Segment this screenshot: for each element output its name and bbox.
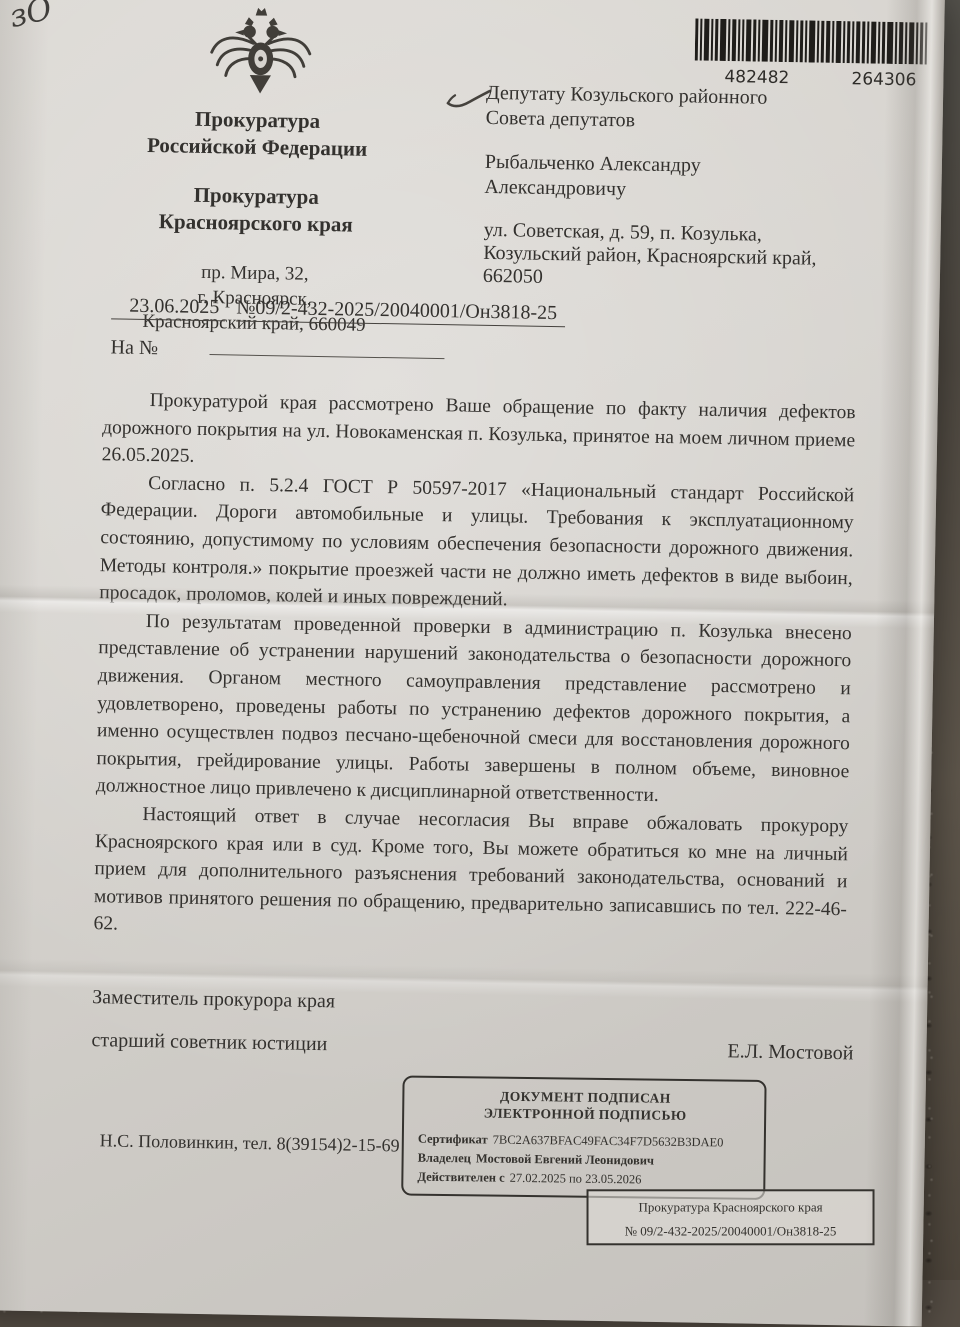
paragraph-4: Настоящий ответ в случае несогласия Вы в…	[93, 800, 848, 951]
esign-title-line2: ЭЛЕКТРОННОЙ ПОДПИСЬЮ	[418, 1104, 752, 1125]
esign-validity-line: Действителен с27.02.2025 по 23.05.2026	[417, 1168, 751, 1191]
coat-of-arms-eagle-icon	[202, 6, 320, 108]
paragraph-1: Прокуратурой края рассмотрено Ваше обращ…	[101, 386, 855, 482]
letter-paper-sheet: зО Прокуратура Российс	[0, 0, 945, 1280]
registration-stamp-number: № 09/2-432-2025/20040001/Он3818-25	[589, 1223, 873, 1239]
esign-valid-label: Действителен с	[417, 1170, 504, 1185]
esign-valid-to: 23.05.2026	[585, 1172, 641, 1187]
signer-name: Е.Л. Мостовой	[727, 1040, 853, 1065]
signer-position-line2: старший советник юстиции	[91, 1029, 327, 1056]
reply-to-label: На №	[110, 336, 158, 359]
org-name-federation-line2: Российской Федерации	[102, 131, 412, 163]
electronic-signature-stamp: ДОКУМЕНТ ПОДПИСАН ЭЛЕКТРОННОЙ ПОДПИСЬЮ С…	[401, 1075, 766, 1199]
esign-owner-label: Владелец	[418, 1151, 471, 1166]
letter-date: 23.06.2025	[111, 294, 225, 321]
registration-stamp-org: Прокуратура Красноярского края	[589, 1199, 873, 1215]
signature-row: старший советник юстиции Е.Л. Мостовой	[91, 1029, 853, 1065]
esign-certificate-label: Сертификат	[418, 1132, 488, 1147]
paragraph-3: По результатам проведенной проверки в ад…	[96, 607, 852, 813]
org-name-regional-line2: Красноярского края	[101, 207, 411, 239]
esign-certificate-value: 7BC2A637BFAC49FAC34F7D5632B3DAE0	[493, 1133, 724, 1150]
paper-left-shadow	[0, 0, 50, 1280]
recipient-block: Депутату Козульского районного Совета де…	[483, 81, 879, 295]
reply-to-line: На №	[110, 334, 445, 365]
executor-contact: Н.С. Половинкин, тел. 8(39154)2-15-69	[100, 1130, 400, 1156]
esign-valid-separator: по	[569, 1172, 582, 1186]
registration-stamp: Прокуратура Красноярского края № 09/2-43…	[587, 1189, 875, 1245]
esign-owner-value: Мостовой Евгений Леонидович	[476, 1151, 654, 1167]
esign-valid-from: 27.02.2025	[510, 1171, 566, 1186]
letter-body: Прокуратурой края рассмотрено Ваше обращ…	[93, 386, 856, 951]
reply-to-blank-line	[210, 336, 445, 359]
